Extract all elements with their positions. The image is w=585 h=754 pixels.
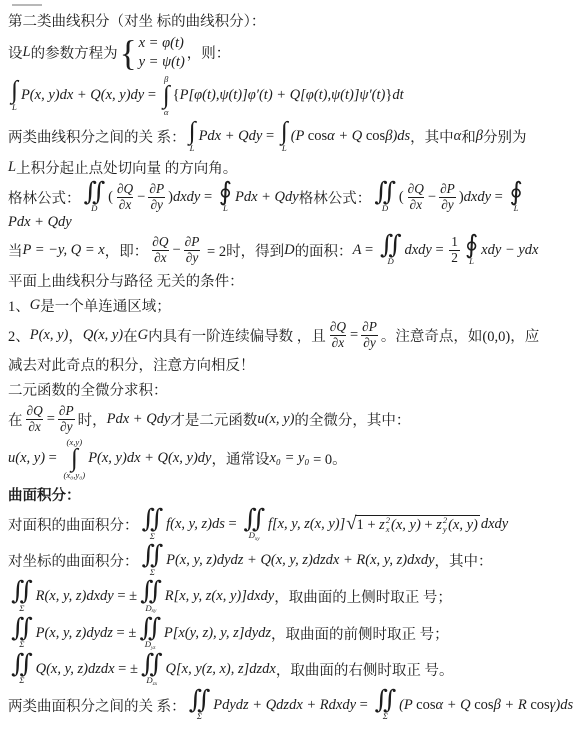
doc-line: 在∂Q∂x=∂P∂y时，Pdx + Qdy才是二元函数u(x, y)的全微分，其…: [8, 404, 579, 435]
denominator: ∂x: [152, 250, 169, 266]
text-run: 两类曲面积分之间的关 系：: [8, 695, 186, 716]
text-run: 2、: [8, 325, 30, 346]
text-run: 当: [8, 240, 23, 261]
numerator: ∂P: [360, 320, 379, 335]
fraction: ∂P∂y: [360, 320, 379, 351]
lower-limit: Σ: [19, 604, 24, 614]
math-italic-run: ∂Q: [117, 181, 133, 196]
math-italic-run: Q(x, y): [83, 327, 123, 344]
math-italic-run: G: [138, 327, 148, 344]
text-run: =: [262, 128, 277, 145]
math-italic-run: P(x, y)dx + Q(x, y)dy: [88, 450, 211, 467]
math-italic-run: β + R: [494, 697, 531, 714]
doc-line: 二元函数的全微分求积：: [8, 379, 579, 401]
text-run: 1: [451, 234, 458, 249]
denominator: ∂x: [408, 197, 425, 213]
math-italic-run: β: [476, 128, 483, 145]
lower-limit: Dxy: [249, 531, 260, 541]
math-italic-run: ∂y: [150, 197, 163, 212]
math-italic-run: Pdx + Qdy: [199, 128, 263, 145]
big-operator: ∬D: [84, 181, 106, 214]
subscript: xy: [152, 609, 157, 615]
operator-glyph: ∫: [11, 79, 18, 102]
text-run: 2: [451, 250, 458, 265]
math-italic-run: β)ds: [385, 128, 410, 145]
cases-rows: x = φ(t)y = ψ(t): [139, 34, 185, 72]
math-italic-run: γ)ds: [550, 697, 573, 714]
operator-glyph: ∬: [142, 544, 164, 567]
operator-glyph: ∬: [141, 653, 163, 676]
bold-text-run: 曲面积分：: [8, 484, 81, 505]
text-run: ，其中: [410, 126, 454, 147]
math-italic-run: G: [30, 297, 40, 314]
math-italic-run: R(x, y, z)dxdy: [36, 588, 114, 605]
math-italic-run: x₀ = y₀: [269, 450, 309, 467]
math-italic-run: z: [436, 517, 442, 534]
math-italic-run: u(x, y): [257, 411, 294, 428]
text-run: ，: [68, 325, 83, 346]
subscript-part: x: [386, 526, 390, 535]
operator-glyph: ∬: [11, 617, 33, 640]
operator-glyph: ∬: [84, 181, 106, 204]
doc-line: ∫LP(x, y)dx + Q(x, y)dy = β∫α{P[φ(t),ψ(t…: [8, 75, 579, 117]
math-italic-run: ∂P: [185, 234, 200, 249]
text-run: 时，: [78, 409, 107, 430]
text-run: 在: [123, 325, 138, 346]
fraction: ∂P∂y: [147, 182, 166, 213]
text-run: (: [108, 189, 113, 206]
operator-glyph: ∮: [509, 181, 522, 204]
math-italic-run: P(x, y, z)dydz + Q(x, y, z)dzdx + R(x, y…: [166, 552, 434, 569]
big-operator: ∬Dzx: [141, 653, 163, 686]
text-run: =: [361, 242, 376, 259]
lower-limit: (x₀,y₀): [63, 471, 85, 481]
fraction: 12: [449, 235, 460, 266]
fraction: ∂Q∂x: [328, 320, 348, 351]
math-italic-run: xdy − ydx: [481, 242, 538, 259]
numerator: ∂P: [438, 182, 457, 197]
text-run: = ±: [114, 588, 137, 605]
text-run: =: [225, 516, 240, 533]
math-italic-run: dxdy: [173, 189, 200, 206]
text-run: 二元函数的全微分求积：: [8, 379, 168, 400]
operator-glyph: ∬: [139, 617, 161, 640]
lower-limit: Σ: [150, 568, 155, 578]
numerator: ∂Q: [25, 404, 45, 419]
numerator: ∂P: [147, 182, 166, 197]
text-run: ，取曲面的右侧时取正 号。: [276, 659, 454, 680]
lower-limit: Σ: [150, 532, 155, 542]
text-run: =: [47, 411, 55, 428]
text-run: 分别为: [483, 126, 527, 147]
fraction: ∂Q∂x: [25, 404, 45, 435]
math-italic-run: L: [8, 159, 16, 176]
math-italic-run: ∂x: [28, 419, 41, 434]
big-operator: ∮L: [465, 234, 478, 267]
text-run: cos: [530, 697, 549, 714]
operator-glyph: ∫: [281, 120, 288, 143]
denominator: ∂y: [361, 335, 378, 351]
text-run: ，取曲面的上侧时取正 号；: [274, 586, 452, 607]
denominator: ∂y: [58, 419, 75, 435]
doc-line: ∬ΣQ(x, y, z)dzdx = ±∬DzxQ[x, y(z, x), z]…: [8, 653, 579, 686]
text-run: =: [200, 189, 215, 206]
lower-limit: D: [382, 204, 388, 214]
subscript: yz: [151, 646, 155, 652]
lower-limit: L: [469, 257, 474, 267]
doc-line: 当P = −y, Q = x，即：∂Q∂x−∂P∂y = 2时，得到D的面积：A…: [8, 234, 579, 267]
text-run: }: [385, 87, 392, 104]
operator-glyph: ∫: [163, 84, 170, 107]
math-italic-run: L: [23, 44, 31, 61]
text-run: ，则：: [187, 42, 231, 63]
text-run: 在: [8, 409, 23, 430]
math-italic-run: Q(x, y, z)dzdx: [36, 661, 115, 678]
square-root: √1 + z2x(x, y) + z2y(x, y): [346, 515, 480, 535]
lower-limit: L: [223, 204, 228, 214]
doc-line: u(x, y) = (x,y)∫(x₀,y₀)P(x, y)dx + Q(x, …: [8, 438, 579, 480]
subscript: xy: [255, 537, 260, 543]
text-run: 1 +: [356, 517, 379, 534]
operator-glyph: ∮: [465, 234, 478, 257]
numerator: 1: [449, 235, 460, 250]
text-run: 是一个单连通区域；: [40, 295, 171, 316]
math-italic-run: Pdydz + Qdzdx + Rdxdy: [213, 697, 356, 714]
lower-limit: Dxy: [145, 604, 156, 614]
math-italic-run: P = −y, Q = x: [23, 242, 105, 259]
denominator: ∂y: [439, 197, 456, 213]
fraction: ∂Q∂x: [406, 182, 426, 213]
doc-line: ∬ΣP(x, y, z)dydz = ±∬DyzP[x(y, z), y, z]…: [8, 617, 579, 650]
big-operator: ∮L: [509, 181, 522, 214]
lower-limit: Σ: [19, 676, 24, 686]
math-italic-run: ∂x: [154, 250, 167, 265]
math-italic-run: P[x(y, z), y, z]dydz: [164, 625, 271, 642]
fraction: ∂P∂y: [183, 235, 202, 266]
doc-line: 对面积的曲面积分：∬Σf(x, y, z)ds = ∬Dxyf[x, y, z(…: [8, 508, 579, 541]
doc-line: 格林公式：∬D(∂Q∂x−∂P∂y)dxdy = ∮LPdx + Qdy格林公式…: [8, 181, 579, 231]
math-italic-run: Pdx + Qdy: [235, 189, 299, 206]
operator-glyph: ∬: [374, 181, 396, 204]
math-italic-run: (x, y): [391, 517, 421, 534]
math-italic-run: P(x, y, z)dydz: [36, 625, 113, 642]
big-operator: ∫L: [11, 79, 18, 112]
text-run: −: [428, 189, 436, 206]
math-italic-run: (P: [399, 697, 416, 714]
operator-glyph: ∬: [189, 689, 211, 712]
doc-line: 对坐标的曲面积分：∬ΣP(x, y, z)dydz + Q(x, y, z)dz…: [8, 544, 579, 577]
big-operator: ∬Σ: [11, 617, 33, 650]
math-italic-run: Pdx + Qdy: [8, 214, 72, 231]
math-italic-run: ∂y: [186, 250, 199, 265]
operator-glyph: ∬: [11, 580, 33, 603]
fraction: ∂P∂y: [57, 404, 76, 435]
big-operator: ∫L: [189, 120, 196, 153]
text-run: =: [491, 189, 506, 206]
math-italic-run: ∂P: [149, 181, 164, 196]
text-run: =: [432, 242, 447, 259]
math-italic-run: ∂Q: [408, 181, 424, 196]
text-run: −: [172, 242, 180, 259]
denominator: ∂x: [26, 419, 43, 435]
math-italic-run: Pdx + Qdy: [107, 411, 171, 428]
math-italic-run: ∂P: [362, 319, 377, 334]
doc-line: 设L的参数方程为{x = φ(t)y = ψ(t)，则：: [8, 34, 579, 72]
text-run: ，取曲面的前侧时取正 号；: [271, 623, 449, 644]
math-italic-run: α + Q: [327, 128, 366, 145]
math-italic-run: dxdy: [404, 242, 431, 259]
sub-sup-stack: 2y: [443, 517, 447, 535]
math-italic-run: ∂P: [59, 403, 74, 418]
math-italic-run: ∂Q: [330, 319, 346, 334]
text-run: 格林公式：: [8, 187, 81, 208]
left-brace: {: [120, 38, 137, 68]
numerator: ∂Q: [150, 235, 170, 250]
lower-limit: Dyz: [145, 640, 156, 650]
math-italic-run: ∂Q: [27, 403, 43, 418]
big-operator: ∬Σ: [11, 653, 33, 686]
cases-row: y = ψ(t): [139, 53, 185, 72]
numerator: ∂Q: [115, 182, 135, 197]
doc-line: L上积分起止点处切向量 的方向角。: [8, 156, 579, 178]
doc-line: 第二类曲线积分（对坐 标的曲线积分）：: [8, 9, 579, 31]
math-italic-run: ∂y: [441, 197, 454, 212]
operator-glyph: ∫: [71, 447, 78, 470]
math-italic-run: (x, y): [448, 517, 478, 534]
text-run: −: [137, 189, 145, 206]
big-operator: β∫α: [163, 75, 170, 117]
math-italic-run: u(x, y): [8, 450, 45, 467]
math-italic-run: A: [353, 242, 362, 259]
lower-limit: Σ: [197, 712, 202, 722]
denominator: 2: [449, 250, 460, 266]
text-run: 。注意奇点，如(0,0)，应: [381, 325, 539, 346]
math-italic-run: D: [284, 242, 294, 259]
big-operator: ∬Dxy: [243, 508, 265, 541]
text-run: 格林公式：: [299, 187, 372, 208]
big-operator: ∬D: [374, 181, 396, 214]
lower-limit: Σ: [19, 640, 24, 650]
doc-line: 2、P(x, y)，Q(x, y)在G内具有一阶连续偏导数 ，且∂Q∂x=∂P∂…: [8, 320, 579, 351]
fraction: ∂Q∂x: [150, 235, 170, 266]
text-run: 第二类曲线积分（对坐 标的曲线积分）：: [8, 10, 265, 31]
text-run: = 0。: [309, 448, 346, 469]
math-italic-run: y = ψ(t): [139, 53, 185, 72]
document-body: 第二类曲线积分（对坐 标的曲线积分）：设L的参数方程为{x = φ(t)y = …: [8, 9, 579, 722]
doc-line: 两类曲面积分之间的关 系：∬ΣPdydz + Qdzdx + Rdxdy = ∬…: [8, 689, 579, 722]
text-run: cos: [308, 128, 327, 145]
text-run: ，其中：: [435, 550, 493, 571]
math-italic-run: ∂y: [363, 335, 376, 350]
text-run: ，通常设: [211, 448, 269, 469]
document-page: 第二类曲线积分（对坐 标的曲线积分）：设L的参数方程为{x = φ(t)y = …: [0, 0, 585, 722]
text-run: {: [173, 87, 180, 104]
text-run: = ±: [115, 661, 138, 678]
text-run: 和: [461, 126, 476, 147]
big-operator: ∬Σ: [142, 544, 164, 577]
math-italic-run: f(x, y, z)ds: [166, 516, 225, 533]
math-italic-run: ∂x: [119, 197, 132, 212]
text-run: ，即：: [105, 240, 149, 261]
operator-glyph: ∬: [11, 653, 33, 676]
text-run: =: [356, 697, 371, 714]
big-operator: (x,y)∫(x₀,y₀): [63, 438, 85, 480]
numerator: ∂P: [183, 235, 202, 250]
operator-glyph: ∫: [189, 120, 196, 143]
text-run: cos: [416, 697, 435, 714]
math-italic-run: (P: [291, 128, 308, 145]
text-run: cos: [366, 128, 385, 145]
text-run: 才是二元函数: [170, 409, 257, 430]
denominator: ∂y: [148, 197, 165, 213]
math-italic-run: P[φ(t),ψ(t)]φ′(t) + Q[φ(t),ψ(t)]ψ′(t): [180, 87, 386, 104]
text-run: 两类曲线积分之间的关 系：: [8, 126, 186, 147]
denominator: ∂x: [117, 197, 134, 213]
operator-glyph: ∮: [219, 181, 232, 204]
math-italic-run: z: [379, 517, 385, 534]
text-run: 上积分起止点处切向量 的方向角。: [16, 157, 237, 178]
lower-limit: L: [514, 204, 519, 214]
big-operator: ∬D: [380, 234, 402, 267]
text-run: cos: [474, 697, 493, 714]
big-operator: ∬Dxy: [140, 580, 162, 613]
operator-glyph: ∬: [142, 508, 164, 531]
operator-glyph: ∬: [380, 234, 402, 257]
math-italic-run: α + Q: [435, 697, 474, 714]
doc-line: 减去对此奇点的积分，注意方向相反！: [8, 354, 579, 376]
lower-limit: L: [282, 144, 287, 154]
page-edge-artifact: [12, 4, 42, 6]
denominator: ∂y: [184, 250, 201, 266]
doc-line: 平面上曲线积分与路径 无关的条件：: [8, 270, 579, 292]
text-run: 的全微分，其中：: [294, 409, 410, 430]
lower-limit: L: [12, 103, 17, 113]
text-run: 的面积：: [295, 240, 353, 261]
cases-row: x = φ(t): [139, 34, 185, 53]
doc-line: ∬ΣR(x, y, z)dxdy = ±∬DxyR[x, y, z(x, y)]…: [8, 580, 579, 613]
big-operator: ∬Σ: [374, 689, 396, 722]
big-operator: ∬Σ: [189, 689, 211, 722]
sub-sup-stack: 2x: [386, 517, 390, 535]
numerator: ∂Q: [328, 320, 348, 335]
big-operator: ∬Σ: [11, 580, 33, 613]
text-run: 平面上曲线积分与路径 无关的条件：: [8, 270, 244, 291]
subscript: zx: [153, 682, 157, 688]
cases-system: {x = φ(t)y = ψ(t): [120, 34, 185, 72]
text-run: 设: [8, 42, 23, 63]
fraction: ∂Q∂x: [115, 182, 135, 213]
fraction: ∂P∂y: [438, 182, 457, 213]
text-run: 的参数方程为: [31, 42, 118, 63]
doc-line: 两类曲线积分之间的关 系：∫LPdx + Qdy = ∫L(P cosα + Q…: [8, 120, 579, 153]
big-operator: ∬Dyz: [139, 617, 161, 650]
math-italic-run: α: [454, 128, 462, 145]
math-italic-run: ∂Q: [152, 234, 168, 249]
lower-limit: α: [164, 108, 169, 118]
text-run: 对坐标的曲面积分：: [8, 550, 139, 571]
math-italic-run: ∂y: [60, 419, 73, 434]
text-run: +: [421, 517, 436, 534]
numerator: ∂P: [57, 404, 76, 419]
math-italic-run: ∂P: [440, 181, 455, 196]
math-italic-run: dxdy: [464, 189, 491, 206]
radicand: 1 + z2x(x, y) + z2y(x, y): [355, 515, 479, 535]
subscript-part: y: [443, 526, 447, 535]
text-run: 减去对此奇点的积分，注意方向相反！: [8, 354, 255, 375]
text-run: 对面积的曲面积分：: [8, 514, 139, 535]
math-italic-run: R[x, y, z(x, y)]dxdy: [165, 588, 275, 605]
big-operator: ∮L: [219, 181, 232, 214]
doc-line: 1、G是一个单连通区域；: [8, 295, 579, 317]
numerator: ∂Q: [406, 182, 426, 197]
math-italic-run: ∂x: [410, 197, 423, 212]
operator-glyph: ∬: [243, 508, 265, 531]
text-run: (: [399, 189, 404, 206]
operator-glyph: ∬: [140, 580, 162, 603]
math-italic-run: dt: [392, 87, 403, 104]
lower-limit: Σ: [383, 712, 388, 722]
big-operator: ∫L: [281, 120, 288, 153]
math-italic-run: dxdy: [481, 516, 508, 533]
text-run: 1、: [8, 295, 30, 316]
lower-limit: Dzx: [146, 676, 157, 686]
math-italic-run: x = φ(t): [139, 34, 184, 53]
lower-limit: D: [388, 257, 394, 267]
operator-glyph: ∬: [374, 689, 396, 712]
text-run: =: [45, 450, 60, 467]
math-italic-run: f[x, y, z(x, y)]: [268, 516, 345, 533]
text-run: 内具有一阶连续偏导数 ，且: [148, 325, 326, 346]
text-run: =: [350, 327, 358, 344]
big-operator: ∬Σ: [142, 508, 164, 541]
math-italic-run: P(x, y)dx + Q(x, y)dy: [21, 87, 144, 104]
math-italic-run: P(x, y): [30, 327, 69, 344]
doc-line: 曲面积分：: [8, 483, 579, 505]
lower-limit: D: [91, 204, 97, 214]
denominator: ∂x: [330, 335, 347, 351]
text-run: = ±: [113, 625, 136, 642]
math-italic-run: ∂x: [332, 335, 345, 350]
math-italic-run: Q[x, y(z, x), z]dzdx: [166, 661, 276, 678]
text-run: =: [144, 87, 159, 104]
lower-limit: L: [190, 144, 195, 154]
text-run: = 2时，得到: [203, 240, 284, 261]
